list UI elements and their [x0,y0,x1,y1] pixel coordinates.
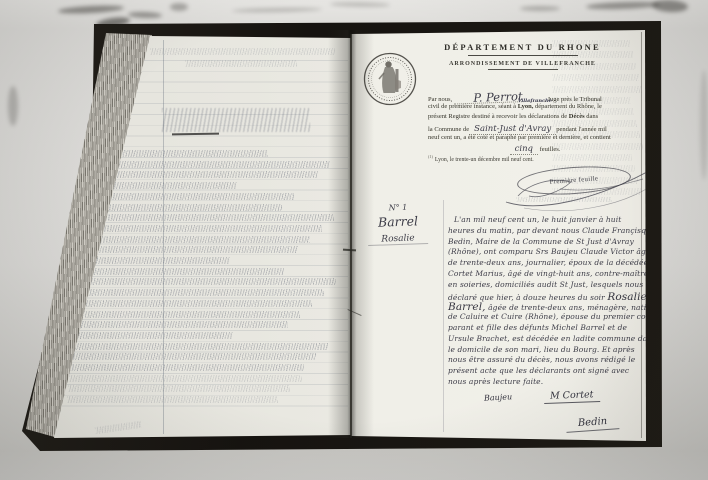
act-line: heures du matin, par devant nous Claude … [448,226,644,237]
judge-signature-flourish [500,158,652,220]
act-line: Bedin, Maire de la Commune de St Just d'… [448,237,644,248]
margin-surname: Barrel [365,213,431,230]
preamble-segment: présent Registre destiné à recevoir les … [428,113,569,120]
act-line: Cortet Marius, âgé de vingt-huit ans, co… [448,269,644,280]
department-title: DÉPARTEMENT DU RHONE [415,42,630,52]
act-line: Ursule Brachet, est décédée en ladite co… [448,334,644,345]
bleedthrough-header-row [150,48,335,55]
bleedthrough-row [552,86,642,93]
preamble-line: la Commune deSaint-Just d'Avraypendant l… [428,124,642,134]
bleedthrough-row [61,353,316,360]
margin-forename: Rosalie [368,233,428,246]
bleedthrough-header-row [185,60,297,67]
act-line: de Caluire et Cuire (Rhône), épouse du p… [448,312,644,323]
smudge-mark [700,70,708,180]
bleedthrough-row [65,311,300,318]
preamble-segment: neuf cent un, a été coté et paraphé par … [428,134,611,141]
handwritten-insertion: Villefranche [518,98,552,104]
bleedthrough-row [552,74,639,81]
preamble-segment: , Juge près le Tribunal [544,96,602,103]
preamble-line: cinq feuilles. [428,144,642,154]
smudge-mark [58,4,124,14]
preamble-paragraph: Par nous,P. Perrot, Juge près le Tribuna… [428,93,642,164]
smudge-mark [232,7,322,13]
bleedthrough-row [64,321,288,328]
stamp-caption-script [516,197,612,202]
bleedthrough-row [63,332,233,339]
act-line: nous après lecture faite. [448,377,644,388]
act-line: nous être assuré du décès, nous avons ré… [448,355,644,366]
right-page-edge [641,32,642,438]
act-line: (Rhône), ont comparu Srs Baujeu Claude V… [448,247,644,258]
bleedthrough-row [68,278,336,285]
preamble-segment: la Commune de [428,126,469,133]
preamble-segment: département du Rhône, le [533,103,601,110]
preamble-segment: (1) [428,154,433,159]
preamble-segment: feuilles. [538,146,560,153]
gutter-fold-line [350,34,352,438]
arrondissement-subtitle: ARRONDISSEMENT DE VILLEFRANCHE [415,61,630,67]
preamble-segment: Par nous, [428,96,452,103]
republique-francaise-seal-icon [362,51,418,107]
bleedthrough-row [67,289,324,296]
act-line: déclaré que hier, à douze heures du soir… [448,291,644,302]
photograph-background: DÉPARTEMENT DU RHONE ARRONDISSEMENT DE V… [0,0,708,480]
act-line: présent acte que les déclarants ont sign… [448,366,644,377]
smudge-mark [652,0,689,13]
preamble-segment: Décès [569,113,585,120]
act-line: Barrel, âgée de trente-deux ans, ménagèr… [448,301,644,312]
act-line: L'an mil neuf cent un, le huit janvier à… [448,215,644,226]
death-act-text: L'an mil neuf cent un, le huit janvier à… [448,215,644,388]
smudge-mark [8,86,18,126]
smudge-mark [330,1,390,7]
margin-act-number: N° 1 [372,202,424,213]
mayor-signature-bedin: Bedin [566,415,620,433]
bleedthrough-row [69,268,284,275]
preamble-line: présent Registre destiné à recevoir les … [428,113,642,123]
act-line: parant et fille des défunts Michel Barre… [448,323,644,334]
declarant-signature-baujeu: Baujeu [484,392,513,402]
subtitle-underline [488,69,558,70]
bleedthrough-signature [95,421,142,434]
smudge-mark [586,1,660,11]
page-header: DÉPARTEMENT DU RHONE ARRONDISSEMENT DE V… [415,42,630,70]
bleedthrough-row [66,300,312,307]
preamble-segment: Lyon,Villefranche [518,103,534,110]
preamble-segment: dans [585,113,599,120]
bleedthrough-row [67,396,278,403]
preamble-line: neuf cent un, a été coté et paraphé par … [428,134,642,144]
act-line: de trente-deux ans, journalier, époux de… [448,258,644,269]
act-margin-rule [443,200,444,432]
preamble-line: civil de première instance, séant à Lyon… [428,103,642,113]
preamble-segment: pendant l'année mil [556,126,607,133]
bleedthrough-row [60,364,304,371]
header-underline [468,55,578,56]
bleedthrough-row [68,385,290,392]
smudge-mark [520,6,560,11]
bleedthrough-title-script [162,108,310,132]
act-line: le domicile de son mari, lieu du Bourg. … [448,345,644,356]
declarant-signature-cortet: M Cortet [544,389,600,404]
smudge-mark [170,3,188,11]
bleedthrough-row [62,343,328,350]
bleedthrough-row [69,375,302,382]
act-line: en soieries, domiciliés audit St Just, l… [448,280,644,291]
smudge-mark [128,11,162,18]
